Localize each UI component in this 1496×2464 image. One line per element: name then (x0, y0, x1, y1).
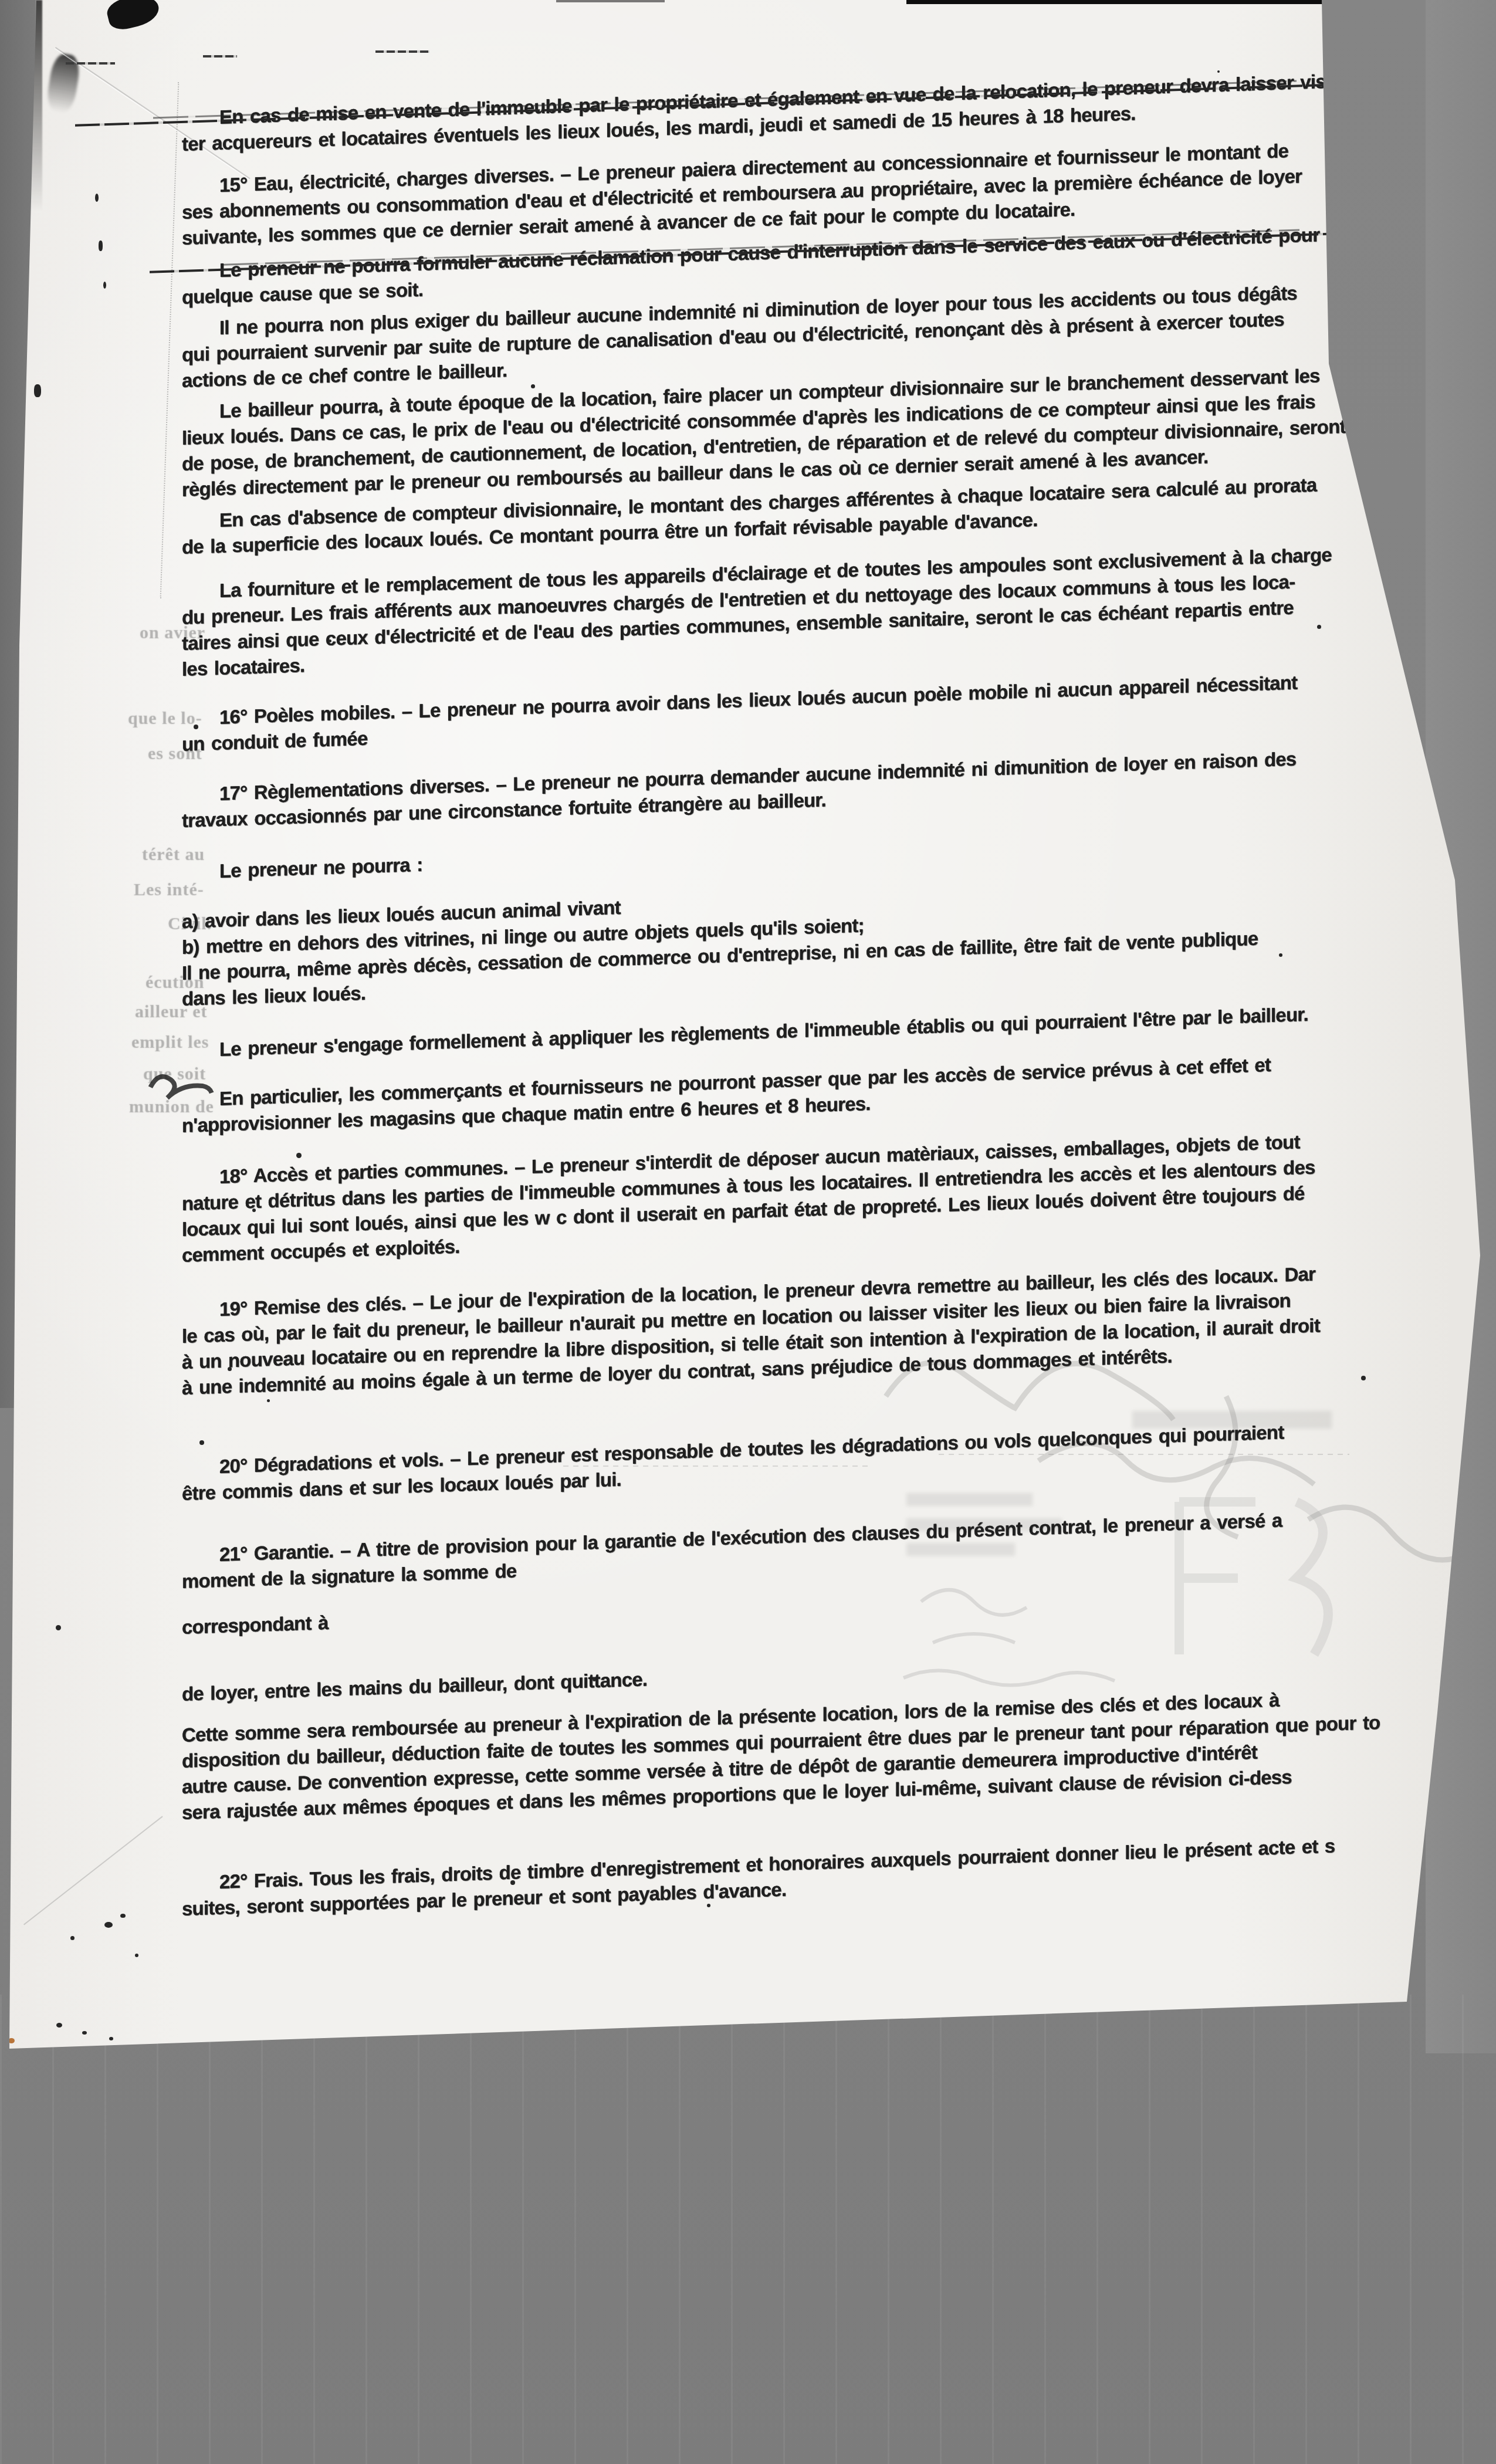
speck (120, 1914, 126, 1918)
speck (807, 1795, 810, 1798)
speck (228, 1367, 232, 1371)
paragraph-clause-16: 16° Poèles mobiles. – Le preneur ne pour… (182, 664, 1496, 757)
speck (103, 282, 106, 289)
paper-sheet: on avierque le lo-es sonttérêt auLes int… (0, 0, 1496, 2059)
speck (34, 384, 41, 397)
speck (1279, 953, 1282, 957)
speck (593, 1678, 596, 1681)
speck (70, 1936, 75, 1940)
paragraph-clause-20: 20° Dégradations et vols. – Le preneur e… (182, 1413, 1496, 1507)
speck (199, 1440, 204, 1445)
paragraph-clause-15-f: La fourniture et le remplacement de tous… (182, 537, 1496, 682)
lease-clauses: En cas de mise en vente de l'immeuble pa… (0, 63, 1496, 1928)
speck (707, 1904, 710, 1907)
speck (99, 241, 103, 251)
scanned-lease-page: on avierque le lo-es sonttérêt auLes int… (0, 0, 1496, 2464)
paragraph-clause-17-list: a) avoir dans les lieux loués aucun anim… (182, 867, 1496, 1012)
speck (56, 2023, 62, 2028)
typewritten-content: En cas de mise en vente de l'immeuble pa… (0, 0, 1496, 1928)
speck (531, 384, 535, 388)
speck (104, 1922, 113, 1928)
speck (296, 1153, 302, 1158)
speck (56, 1625, 61, 1630)
speck (1317, 625, 1321, 629)
speck (82, 2031, 87, 2035)
speck (1361, 1376, 1366, 1380)
speck (329, 639, 331, 642)
paragraph-clause-17-d: En particulier, les commerçants et fourn… (182, 1045, 1496, 1139)
paragraph-clause-18: 18° Accès et parties communes. – Le pren… (182, 1123, 1496, 1268)
speck (109, 2037, 113, 2040)
speck (841, 195, 844, 198)
speck (1217, 70, 1220, 73)
speck (252, 1209, 256, 1212)
paragraph-clause-17: 17° Règlementations diverses. – Le prene… (182, 740, 1496, 834)
speck (267, 1399, 270, 1402)
speck (135, 1954, 138, 1957)
paragraph-clause-19: 19° Remise des clés. – Le jour de l'expi… (182, 1255, 1496, 1401)
speck (194, 725, 198, 729)
paragraph-clause-21-d: Cette somme sera remboursée au preneur à… (182, 1680, 1496, 1826)
speck (736, 575, 739, 577)
paragraph-clause-22: 22° Frais. Tous les frais, droits de tim… (182, 1828, 1496, 1922)
scanner-streaks (0, 1995, 1496, 2464)
speck (510, 1880, 515, 1885)
speck (95, 194, 99, 202)
